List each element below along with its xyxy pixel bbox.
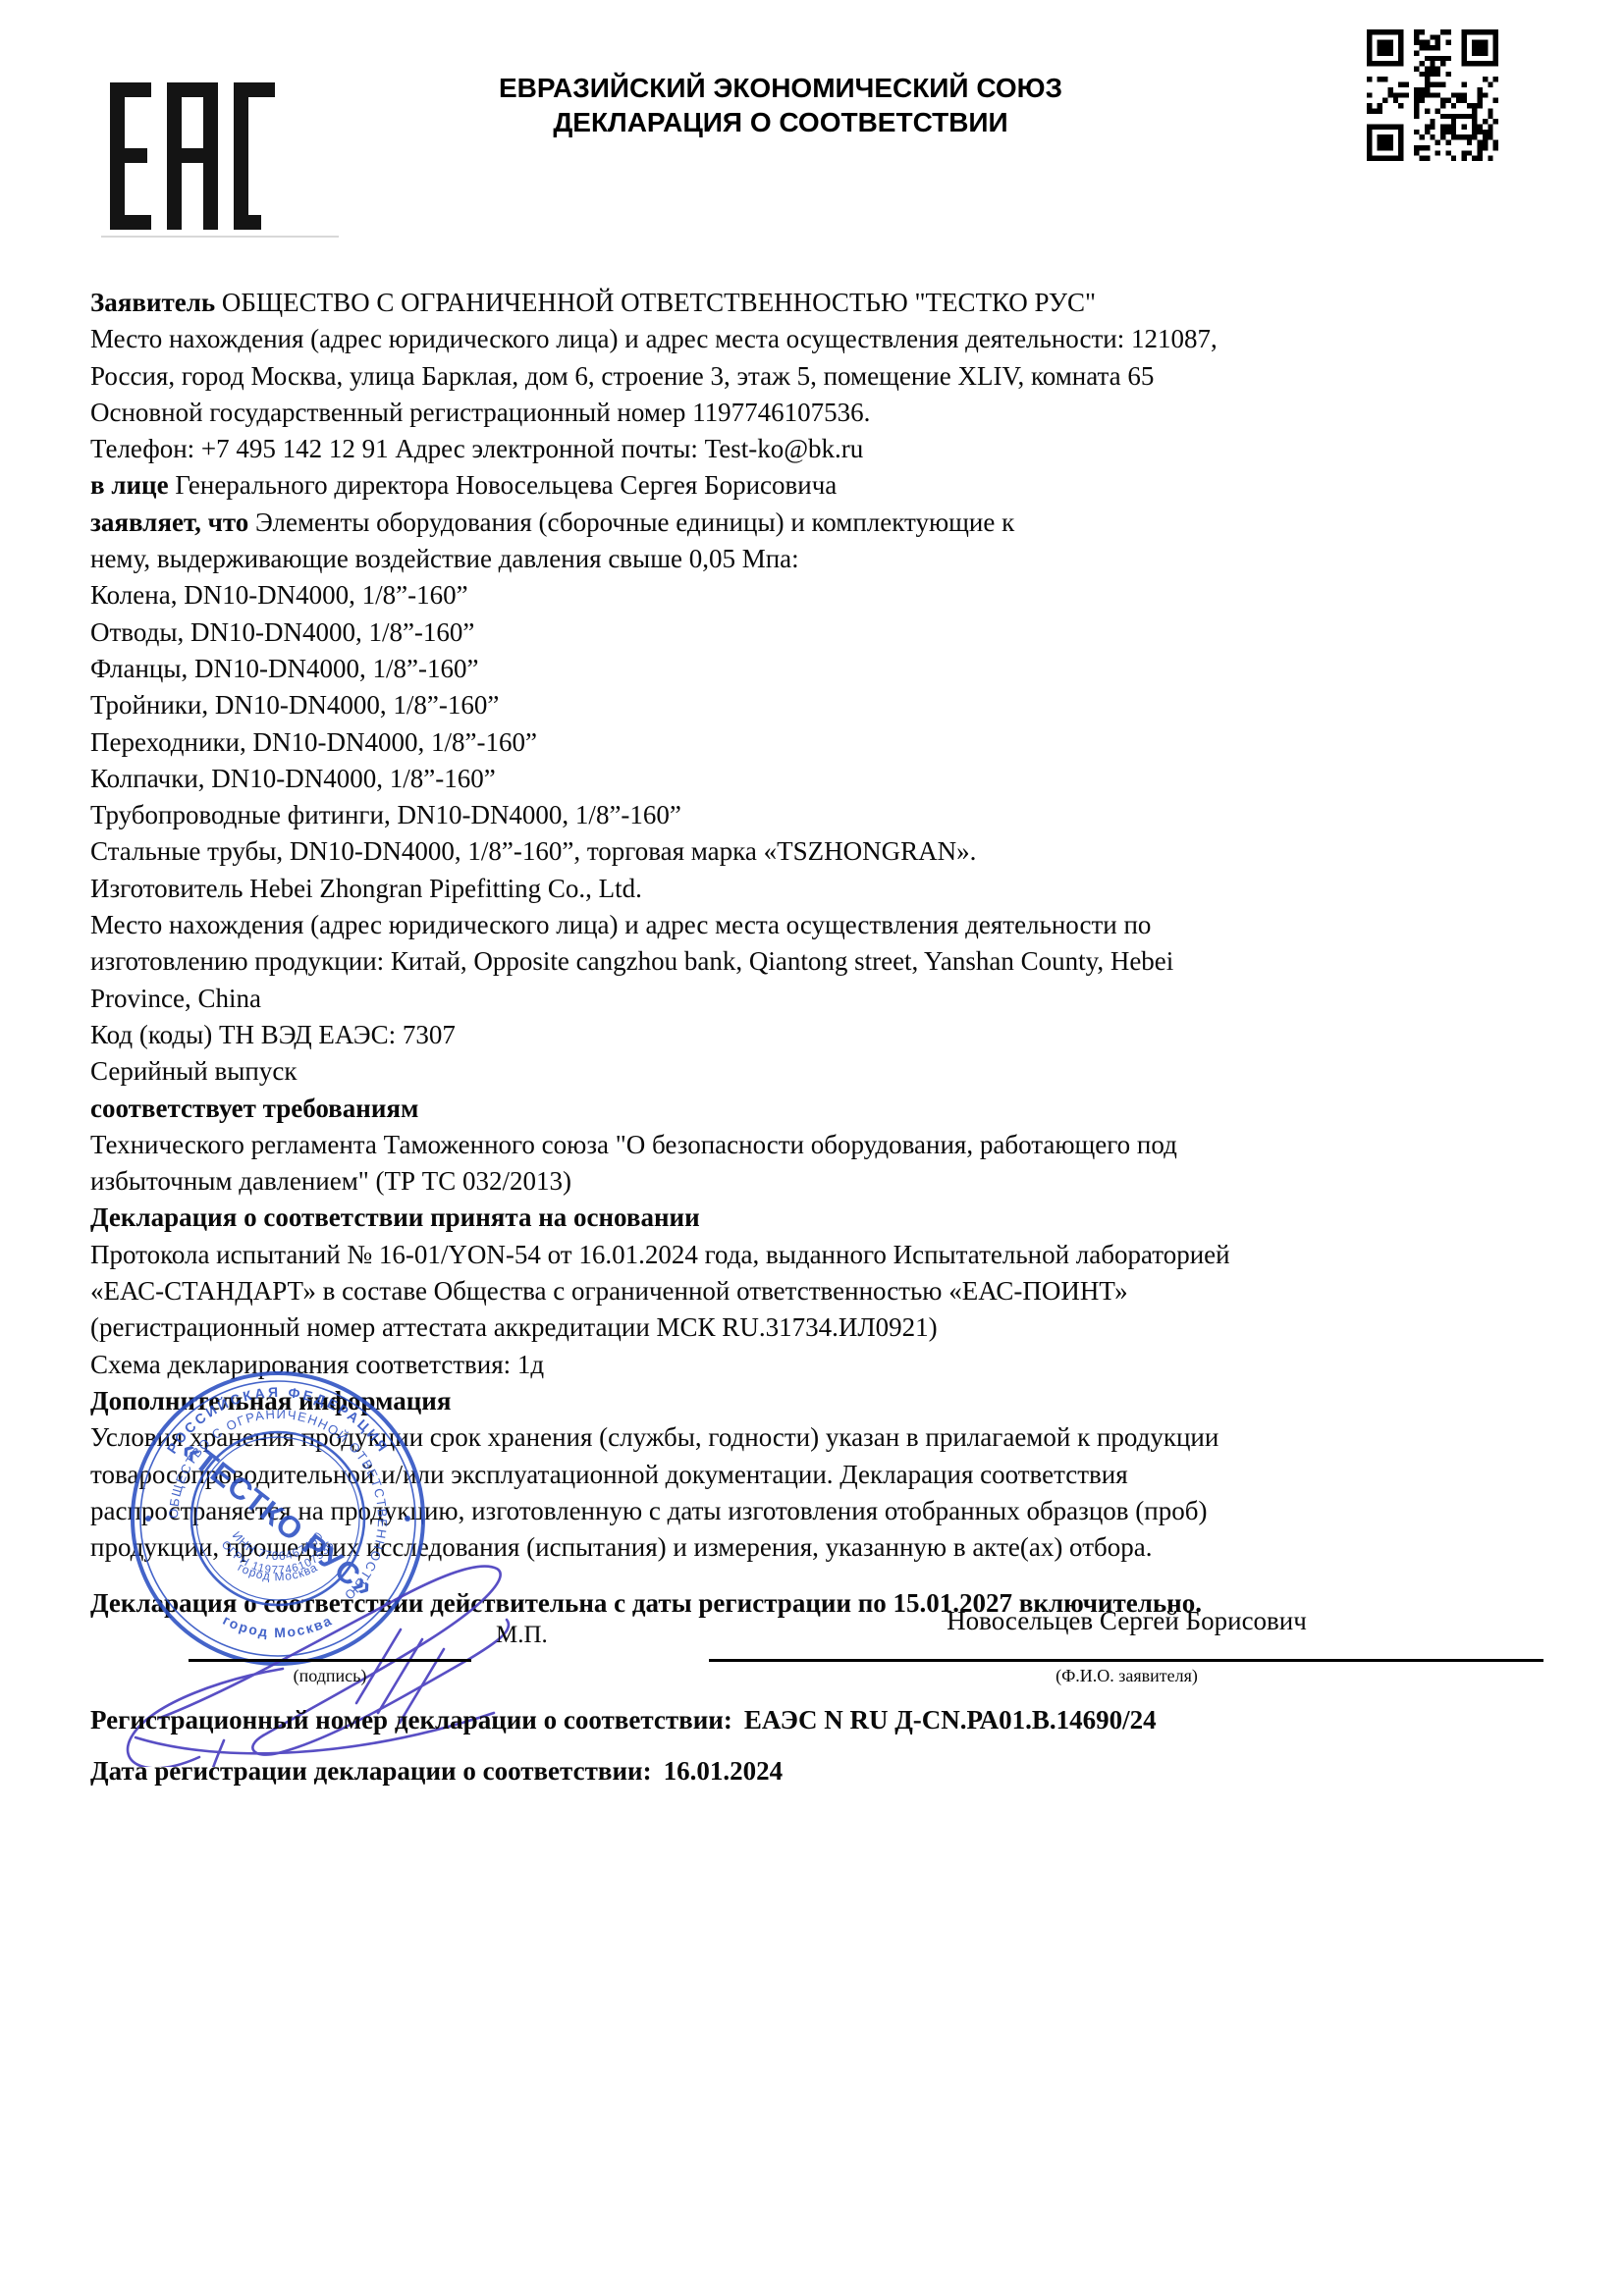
body-line: Заявитель ОБЩЕСТВО С ОГРАНИЧЕННОЙ ОТВЕТС… [90,285,1539,321]
body-line: Колена, DN10-DN4000, 1/8”-160” [90,577,1539,614]
signature-caption: (подпись) [232,1666,428,1686]
body-line: Россия, город Москва, улица Барклая, дом… [90,358,1539,395]
body-line: Серийный выпуск [90,1053,1539,1090]
body-line: Переходники, DN10-DN4000, 1/8”-160” [90,724,1539,761]
body-line: Технического регламента Таможенного союз… [90,1127,1539,1163]
body-line: Province, China [90,981,1539,1017]
signature-line [189,1659,471,1662]
eac-logo [110,82,275,230]
body-line: (регистрационный номер аттестата аккреди… [90,1309,1539,1346]
stamp-place-label: М.П. [496,1622,548,1649]
body-line: Протокола испытаний № 16-01/YON-54 от 16… [90,1237,1539,1273]
registration-date-value: 16.01.2024 [664,1756,784,1786]
body-line: Код (коды) ТН ВЭД ЕАЭС: 7307 [90,1017,1539,1053]
header-union-title: ЕВРАЗИЙСКИЙ ЭКОНОМИЧЕСКИЙ СОЮЗ [295,71,1267,105]
body-line: Колпачки, DN10-DN4000, 1/8”-160” [90,761,1539,797]
body-line: Изготовитель Hebei Zhongran Pipefitting … [90,871,1539,907]
body-line: Основной государственный регистрационный… [90,395,1539,431]
body-line: Отводы, DN10-DN4000, 1/8”-160” [90,614,1539,651]
body-line: в лице Генерального директора Новосельце… [90,467,1539,504]
body-line: Телефон: +7 495 142 12 91 Адрес электрон… [90,431,1539,467]
registration-number-value: ЕАЭС N RU Д-CN.РА01.В.14690/24 [744,1705,1157,1735]
body-line: изготовлению продукции: Китай, Opposite … [90,943,1539,980]
body-line: Место нахождения (адрес юридического лиц… [90,907,1539,943]
logo-shadow-line [101,236,339,238]
registration-number-line: Регистрационный номер декларации о соотв… [90,1705,1157,1735]
body-line: Трубопроводные фитинги, DN10-DN4000, 1/8… [90,797,1539,833]
body-line: Место нахождения (адрес юридического лиц… [90,321,1539,357]
name-line [709,1659,1543,1662]
body-line: Тройники, DN10-DN4000, 1/8”-160” [90,687,1539,723]
body-line: Фланцы, DN10-DN4000, 1/8”-160” [90,651,1539,687]
qr-code [1367,29,1498,161]
body-line: Стальные трубы, DN10-DN4000, 1/8”-160”, … [90,833,1539,870]
body-line: Декларация о соответствии принята на осн… [90,1200,1539,1236]
signer-name: Новосельцев Сергей Борисович [712,1606,1542,1636]
name-caption: (Ф.И.О. заявителя) [1021,1666,1232,1686]
header-declaration-title: ДЕКЛАРАЦИЯ О СООТВЕТСТВИИ [295,105,1267,139]
declaration-document: ЕВРАЗИЙСКИЙ ЭКОНОМИЧЕСКИЙ СОЮЗ ДЕКЛАРАЦИ… [0,0,1624,2296]
body-line: нему, выдерживающие воздействие давления… [90,541,1539,577]
body-line: соответствует требованиям [90,1091,1539,1127]
registration-number-label: Регистрационный номер декларации о соотв… [90,1705,732,1735]
body-line: заявляет, что Элементы оборудования (сбо… [90,505,1539,541]
registration-date-label: Дата регистрации декларации о соответств… [90,1756,652,1786]
body-line: «ЕАС-СТАНДАРТ» в составе Общества с огра… [90,1273,1539,1309]
body-line: избыточным давлением" (ТР ТС 032/2013) [90,1163,1539,1200]
registration-date-line: Дата регистрации декларации о соответств… [90,1756,783,1787]
document-header: ЕВРАЗИЙСКИЙ ЭКОНОМИЧЕСКИЙ СОЮЗ ДЕКЛАРАЦИ… [295,71,1267,139]
